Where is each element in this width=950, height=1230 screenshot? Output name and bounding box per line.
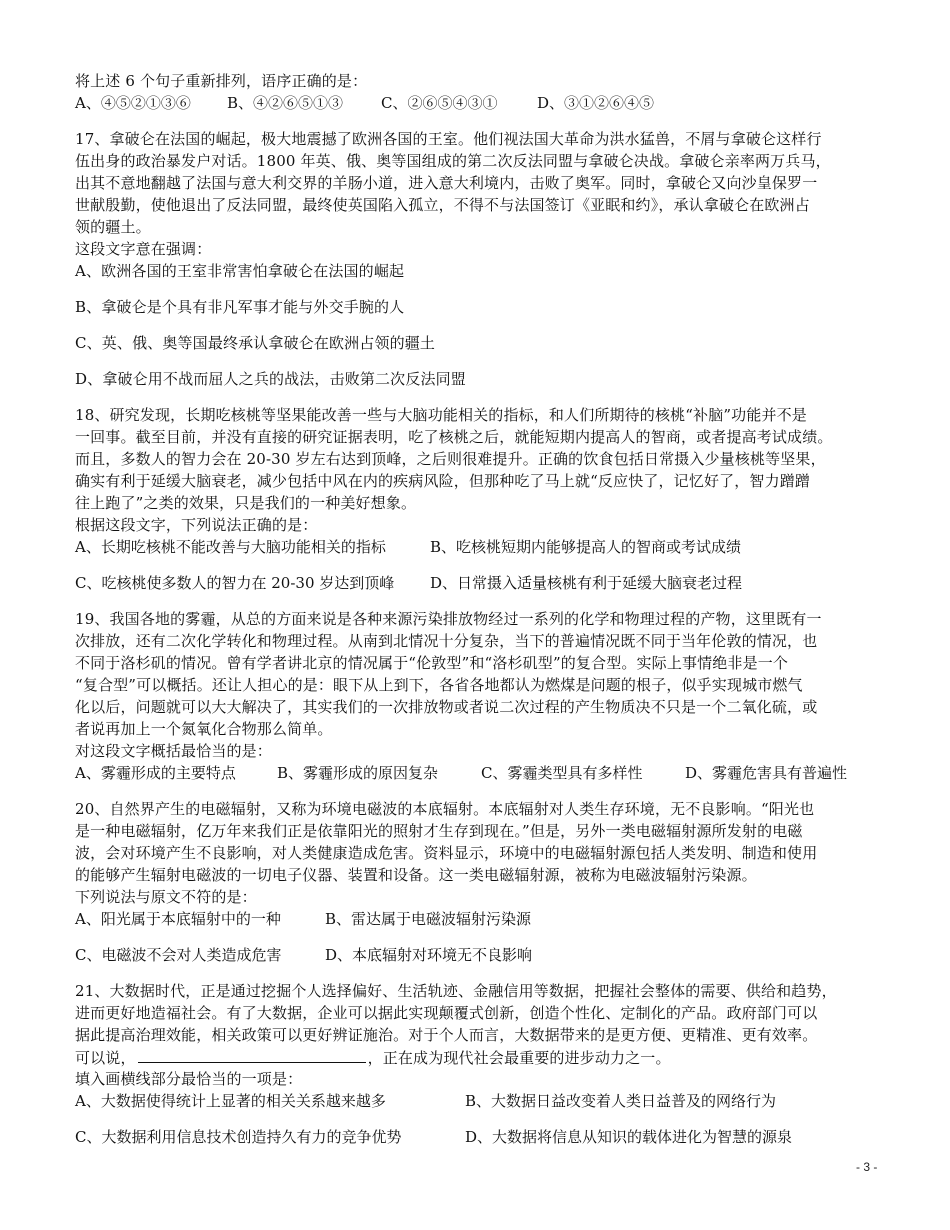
option-a: A、阳光属于本底辐射中的一种 bbox=[75, 908, 325, 930]
option-d: D、大数据将信息从知识的载体进化为智慧的源泉 bbox=[465, 1126, 792, 1148]
passage-line: 波，会对环境产生不良影响，对人类健康造成危害。资料显示，环境中的电磁辐射源包括人… bbox=[75, 842, 887, 864]
question-stem: 根据这段文字，下列说法正确的是： bbox=[75, 514, 887, 536]
question-19: 19、我国各地的雾霾，从总的方面来说是各种来源污染排放物经过一系列的化学和物理过… bbox=[75, 608, 887, 784]
passage-line: 化以后，问题就可以大大解决了，其实我们的一次排放物或者说二次过程的产生物质决不只… bbox=[75, 696, 887, 718]
option-c: C、②⑥⑤④③① bbox=[381, 92, 537, 114]
passage-line: 的能够产生辐射电磁波的一切电子仪器、装置和设备。这一类电磁辐射源，被称为电磁波辐… bbox=[75, 864, 887, 886]
passage-line: 次排放，还有二次化学转化和物理过程。从南到北情况十分复杂，当下的普遍情况既不同于… bbox=[75, 630, 887, 652]
question-16-tail: 将上述 6 个句子重新排列，语序正确的是： A、④⑤②①③⑥ B、④②⑥⑤①③ … bbox=[75, 70, 887, 114]
option-d: D、③①②⑥④⑤ bbox=[537, 92, 654, 114]
option-a: A、雾霾形成的主要特点 bbox=[75, 762, 277, 784]
passage-line: 出其不意地翻越了法国与意大利交界的羊肠小道，进入意大利境内，击败了奥军。同时，拿… bbox=[75, 172, 887, 194]
page-number: - 3 - bbox=[856, 1160, 877, 1174]
blank-suffix: ，正在成为现代社会最重要的进步动力之一。 bbox=[368, 1049, 671, 1067]
option-d: D、日常摄入适量核桃有利于延缓大脑衰老过程 bbox=[430, 572, 742, 594]
option-b: B、雷达属于电磁波辐射污染源 bbox=[325, 908, 531, 930]
question-20: 20、自然界产生的电磁辐射，又称为环境电磁波的本底辐射。本底辐射对人类生存环境，… bbox=[75, 798, 887, 966]
passage-line: 领的疆土。 bbox=[75, 216, 887, 238]
question-stem: 将上述 6 个句子重新排列，语序正确的是： bbox=[75, 70, 887, 92]
passage-line: 19、我国各地的雾霾，从总的方面来说是各种来源污染排放物经过一系列的化学和物理过… bbox=[75, 608, 887, 630]
option-c: C、大数据利用信息技术创造持久有力的竞争优势 bbox=[75, 1126, 465, 1148]
passage-line: 20、自然界产生的电磁辐射，又称为环境电磁波的本底辐射。本底辐射对人类生存环境，… bbox=[75, 798, 887, 820]
option-a: A、大数据使得统计上显著的相关关系越来越多 bbox=[75, 1090, 465, 1112]
option-a: A、④⑤②①③⑥ bbox=[75, 92, 227, 114]
passage-line: 而且，多数人的智力会在 20-30 岁左右达到顶峰，之后则很难提升。正确的饮食包… bbox=[75, 448, 887, 470]
options-row: A、大数据使得统计上显著的相关关系越来越多 B、大数据日益改变着人类日益普及的网… bbox=[75, 1090, 887, 1112]
option-b: B、拿破仑是个具有非凡军事才能与外交手腕的人 bbox=[75, 296, 887, 318]
option-d: D、本底辐射对环境无不良影响 bbox=[325, 944, 532, 966]
question-stem: 填入画横线部分最恰当的一项是： bbox=[75, 1068, 887, 1090]
passage-line: 进而更好地造福社会。有了大数据，企业可以据此实现颠覆式创新，创造个性化、定制化的… bbox=[75, 1002, 887, 1024]
options-row: A、雾霾形成的主要特点 B、雾霾形成的原因复杂 C、雾霾类型具有多样性 D、雾霾… bbox=[75, 762, 887, 784]
options-row: C、吃核桃使多数人的智力在 20-30 岁达到顶峰 D、日常摄入适量核桃有利于延… bbox=[75, 572, 887, 594]
answer-blank bbox=[138, 1046, 366, 1063]
options-row: C、大数据利用信息技术创造持久有力的竞争优势 D、大数据将信息从知识的载体进化为… bbox=[75, 1126, 887, 1148]
options-row: A、长期吃核桃不能改善与大脑功能相关的指标 B、吃核桃短期内能够提高人的智商或考… bbox=[75, 536, 887, 558]
option-d: D、拿破仑用不战而屈人之兵的战法，击败第二次反法同盟 bbox=[75, 368, 887, 390]
option-c: C、吃核桃使多数人的智力在 20-30 岁达到顶峰 bbox=[75, 572, 430, 594]
passage-line: 不同于洛杉矶的情况。曾有学者讲北京的情况属于“伦敦型”和“洛杉矶型”的复合型。实… bbox=[75, 652, 887, 674]
passage-line: 往上跑了”之类的效果，只是我们的一种美好想象。 bbox=[75, 492, 887, 514]
passage-line: 18、研究发现，长期吃核桃等坚果能改善一些与大脑功能相关的指标，和人们所期待的核… bbox=[75, 404, 887, 426]
passage-line: “复合型”可以概括。还让人担心的是：眼下从上到下，各省各地都认为燃煤是问题的根子… bbox=[75, 674, 887, 696]
options-row: C、电磁波不会对人类造成危害 D、本底辐射对环境无不良影响 bbox=[75, 944, 887, 966]
blank-prefix: 可以说， bbox=[75, 1049, 136, 1067]
option-b: B、大数据日益改变着人类日益普及的网络行为 bbox=[465, 1090, 776, 1112]
question-stem: 这段文字意在强调： bbox=[75, 238, 887, 260]
option-c: C、电磁波不会对人类造成危害 bbox=[75, 944, 325, 966]
options-row: A、阳光属于本底辐射中的一种 B、雷达属于电磁波辐射污染源 bbox=[75, 908, 887, 930]
option-d: D、雾霾危害具有普遍性 bbox=[685, 762, 847, 784]
passage-line: 17、拿破仑在法国的崛起，极大地震撼了欧洲各国的王室。他们视法国大革命为洪水猛兽… bbox=[75, 128, 887, 150]
passage-line: 确实有利于延缓大脑衰老，减少包括中风在内的疾病风险，但那种吃了马上就“反应快了，… bbox=[75, 470, 887, 492]
option-b: B、④②⑥⑤①③ bbox=[227, 92, 381, 114]
option-a: A、长期吃核桃不能改善与大脑功能相关的指标 bbox=[75, 536, 430, 558]
question-stem: 下列说法与原文不符的是： bbox=[75, 886, 887, 908]
passage-line: 21、大数据时代，正是通过挖掘个人选择偏好、生活轨迹、金融信用等数据，把握社会整… bbox=[75, 980, 887, 1002]
option-c: C、英、俄、奥等国最终承认拿破仑在欧洲占领的疆土 bbox=[75, 332, 887, 354]
passage-line: 世献殷勤，使他退出了反法同盟，最终使英国陷入孤立，不得不与法国签订《亚眠和约》，… bbox=[75, 194, 887, 216]
passage-line: 是一种电磁辐射，亿万年来我们正是依靠阳光的照射才生存到现在。”但是，另外一类电磁… bbox=[75, 820, 887, 842]
option-c: C、雾霾类型具有多样性 bbox=[481, 762, 685, 784]
fill-blank-line: 可以说，，正在成为现代社会最重要的进步动力之一。 bbox=[75, 1046, 887, 1068]
options-row: A、④⑤②①③⑥ B、④②⑥⑤①③ C、②⑥⑤④③① D、③①②⑥④⑤ bbox=[75, 92, 887, 114]
question-stem: 对这段文字概括最恰当的是： bbox=[75, 740, 887, 762]
passage-line: 一回事。截至目前，并没有直接的研究证据表明，吃了核桃之后，就能短期内提高人的智商… bbox=[75, 426, 887, 448]
question-17: 17、拿破仑在法国的崛起，极大地震撼了欧洲各国的王室。他们视法国大革命为洪水猛兽… bbox=[75, 128, 887, 390]
question-21: 21、大数据时代，正是通过挖掘个人选择偏好、生活轨迹、金融信用等数据，把握社会整… bbox=[75, 980, 887, 1148]
passage-line: 据此提高治理效能，相关政策可以更好辨证施治。对于个人而言，大数据带来的是更方便、… bbox=[75, 1024, 887, 1046]
option-a: A、欧洲各国的王室非常害怕拿破仑在法国的崛起 bbox=[75, 260, 887, 282]
passage-line: 者说再加上一个氮氧化合物那么简单。 bbox=[75, 718, 887, 740]
passage-line: 伍出身的政治暴发户对话。1800 年英、俄、奥等国组成的第二次反法同盟与拿破仑决… bbox=[75, 150, 887, 172]
exam-page: 将上述 6 个句子重新排列，语序正确的是： A、④⑤②①③⑥ B、④②⑥⑤①③ … bbox=[75, 70, 887, 1148]
question-18: 18、研究发现，长期吃核桃等坚果能改善一些与大脑功能相关的指标，和人们所期待的核… bbox=[75, 404, 887, 594]
option-b: B、雾霾形成的原因复杂 bbox=[277, 762, 481, 784]
option-b: B、吃核桃短期内能够提高人的智商或考试成绩 bbox=[430, 536, 741, 558]
